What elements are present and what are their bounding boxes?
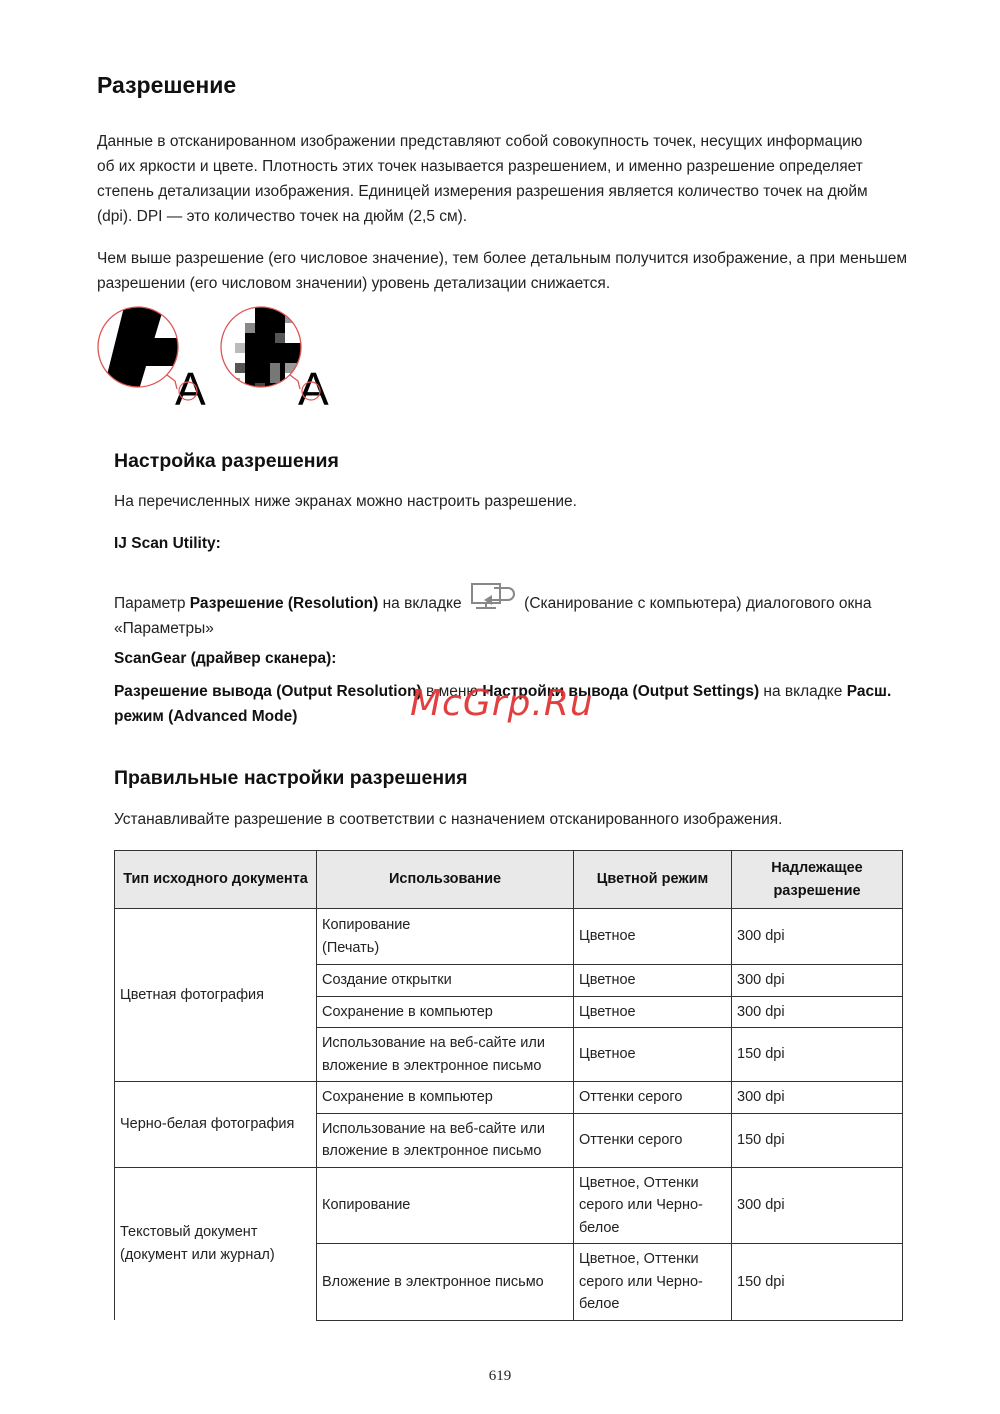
- table-header-row: Тип исходного документа Использование Цв…: [115, 851, 903, 909]
- watermark: McGrp.Ru: [410, 683, 594, 724]
- resolution-cell: 150 dpi: [732, 1028, 903, 1082]
- svg-text:A: A: [175, 363, 206, 408]
- intro-paragraph-2: Чем выше разрешение (его числовое значен…: [97, 246, 912, 296]
- document-page: Разрешение Данные в отсканированном изоб…: [0, 0, 1000, 1414]
- settings-heading: Настройка разрешения: [114, 450, 339, 473]
- table-row: Текстовый документ (документ или журнал)…: [115, 1167, 903, 1244]
- resolution-cell: 300 dpi: [732, 1082, 903, 1114]
- mode-cell: Цветное: [574, 996, 732, 1028]
- resolution-comparison-icon: A A: [95, 303, 345, 408]
- resolution-cell: 300 dpi: [732, 996, 903, 1028]
- usage-cell: Использование на веб-сайте или вложение …: [317, 1028, 574, 1082]
- resolution-setting-name: Разрешение (Resolution): [190, 595, 379, 612]
- usage-cell: Использование на веб-сайте или вложение …: [317, 1113, 574, 1167]
- header-usage: Использование: [317, 851, 574, 909]
- source-cell: Текстовый документ (документ или журнал): [115, 1167, 317, 1320]
- resolution-cell: 150 dpi: [732, 1244, 903, 1321]
- source-cell: Черно-белая фотография: [115, 1082, 317, 1168]
- usage-cell: Копирование (Печать): [317, 909, 574, 965]
- settings-intro: На перечисленных ниже экранах можно наст…: [114, 489, 577, 514]
- table-row: Черно-белая фотография Сохранение в комп…: [115, 1082, 903, 1114]
- resolution-cell: 300 dpi: [732, 1167, 903, 1244]
- ij-scan-utility-description: Параметр Разрешение (Resolution) на вкла…: [114, 578, 904, 641]
- mode-cell: Оттенки серого: [574, 1082, 732, 1114]
- page-number: 619: [0, 1368, 1000, 1385]
- source-cell: Цветная фотография: [115, 909, 317, 1082]
- usage-cell: Вложение в электронное письмо: [317, 1244, 574, 1321]
- header-resolution: Надлежащее разрешение: [732, 851, 903, 909]
- correct-settings-heading: Правильные настройки разрешения: [114, 767, 468, 790]
- scan-from-computer-icon: [470, 578, 516, 612]
- mode-cell: Цветное: [574, 965, 732, 997]
- header-source-type: Тип исходного документа: [115, 851, 317, 909]
- resolution-cell: 300 dpi: [732, 909, 903, 965]
- intro-paragraph-1: Данные в отсканированном изображении пре…: [97, 129, 877, 229]
- usage-cell: Сохранение в компьютер: [317, 996, 574, 1028]
- mode-cell: Оттенки серого: [574, 1113, 732, 1167]
- usage-cell: Копирование: [317, 1167, 574, 1244]
- resolution-cell: 300 dpi: [732, 965, 903, 997]
- mode-cell: Цветное: [574, 909, 732, 965]
- ij-scan-utility-label: IJ Scan Utility:: [114, 531, 221, 556]
- mode-cell: Цветное, Оттенки серого или Черно-белое: [574, 1244, 732, 1321]
- correct-settings-intro: Устанавливайте разрешение в соответствии…: [114, 807, 783, 832]
- mode-cell: Цветное, Оттенки серого или Черно-белое: [574, 1167, 732, 1244]
- usage-cell: Создание открытки: [317, 965, 574, 997]
- usage-cell: Сохранение в компьютер: [317, 1082, 574, 1114]
- resolution-cell: 150 dpi: [732, 1113, 903, 1167]
- header-color-mode: Цветной режим: [574, 851, 732, 909]
- output-resolution-setting: Разрешение вывода (Output Resolution): [114, 683, 422, 700]
- page-title: Разрешение: [97, 72, 236, 99]
- svg-text:A: A: [298, 363, 329, 408]
- table-row: Цветная фотография Копирование (Печать) …: [115, 909, 903, 965]
- resolution-table: Тип исходного документа Использование Цв…: [114, 850, 903, 1321]
- scangear-label: ScanGear (драйвер сканера):: [114, 646, 336, 671]
- resolution-illustration: A A: [95, 303, 345, 408]
- mode-cell: Цветное: [574, 1028, 732, 1082]
